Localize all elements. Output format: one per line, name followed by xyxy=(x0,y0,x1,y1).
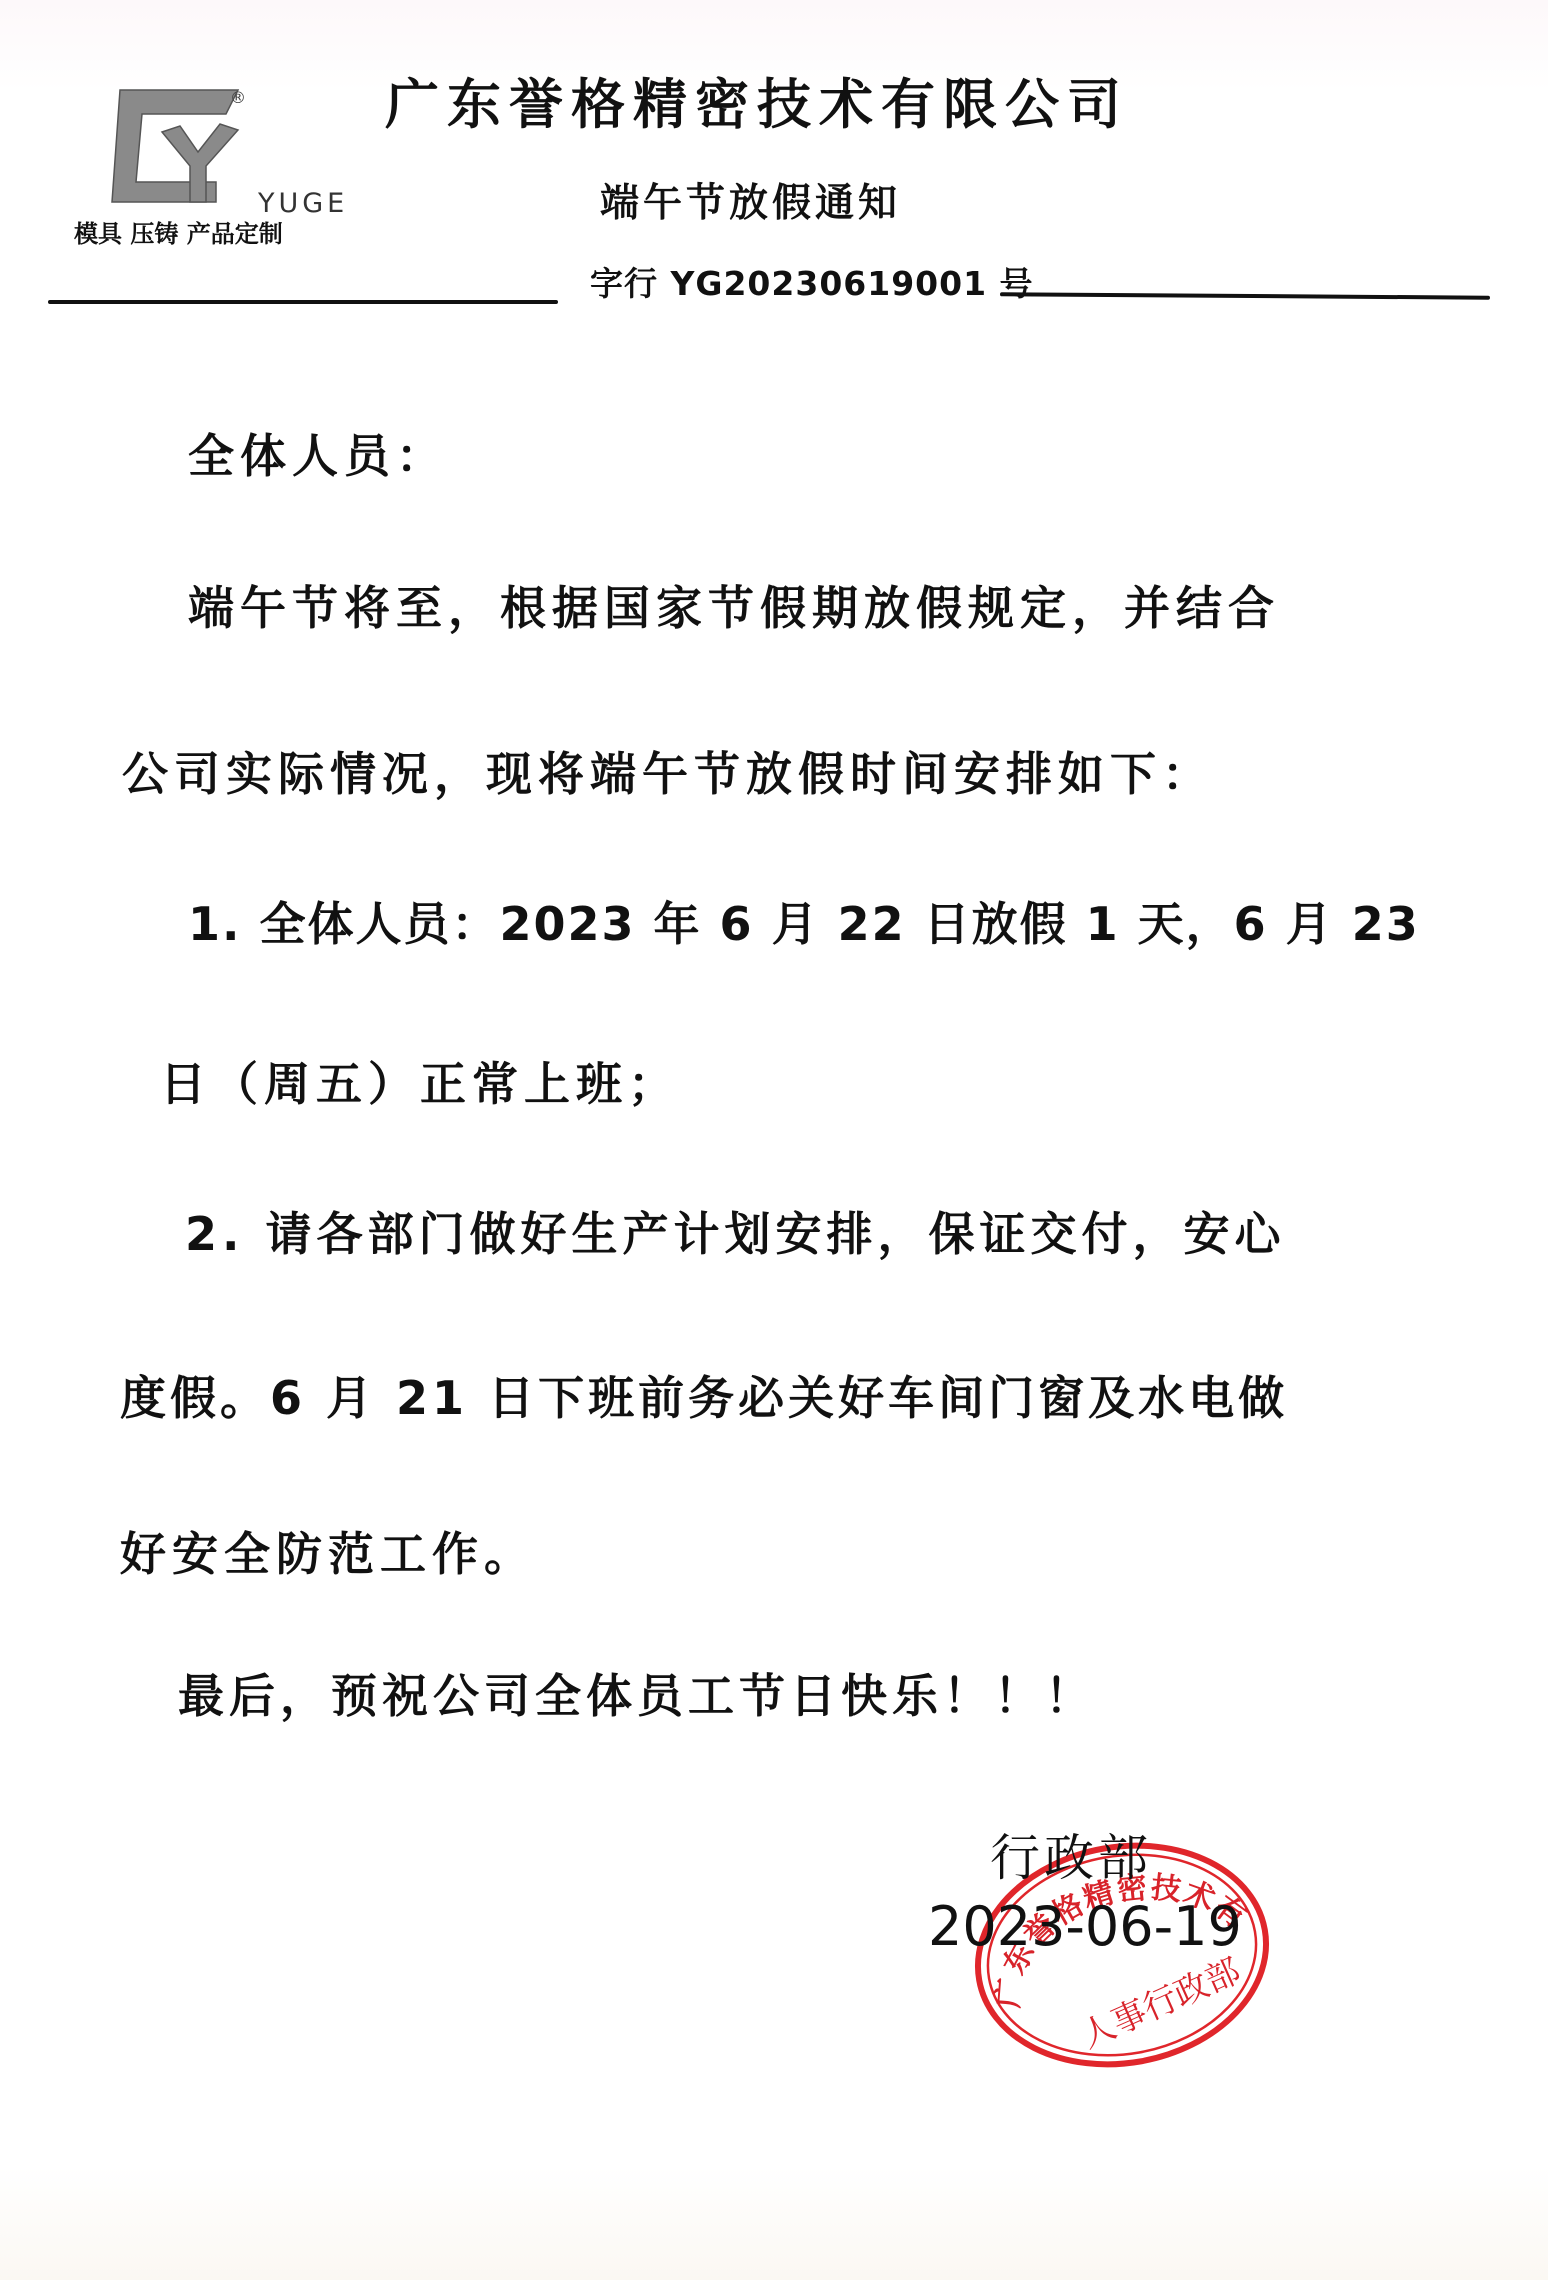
list-item-1-line: 日（周五）正常上班； xyxy=(160,1048,680,1114)
document-title: 端午节放假通知 xyxy=(600,172,901,228)
list-item-2-line: 2. 请各部门做好生产计划安排，保证交付，安心 xyxy=(185,1198,1286,1264)
issuer-department: 行政部 xyxy=(990,1818,1152,1890)
paragraph-line: 公司实际情况，现将端午节放假时间安排如下： xyxy=(122,738,1214,804)
document-number: 字行 YG20230619001 号 xyxy=(590,258,1034,305)
closing-line: 最后，预祝公司全体员工节日快乐！！！ xyxy=(178,1660,1096,1726)
paragraph-line: 端午节将至，根据国家节假期放假规定，并结合 xyxy=(188,572,1280,638)
issue-date: 2023-06-19 xyxy=(928,1895,1242,1958)
document-page: ® YUGE 模具 压铸 产品定制 广东誉格精密技术有限公司 端午节放假通知 字… xyxy=(0,0,1548,2280)
list-item-2-line: 好安全防范工作。 xyxy=(120,1518,536,1584)
company-logo: ® YUGE 模具 压铸 产品定制 xyxy=(70,78,320,238)
header-rule-left xyxy=(48,300,558,304)
greeting: 全体人员： xyxy=(188,420,448,486)
list-item-1-line: 1. 全体人员：2023 年 6 月 22 日放假 1 天，6 月 23 xyxy=(188,888,1420,954)
logo-tagline: 模具 压铸 产品定制 xyxy=(74,214,283,249)
list-item-2-line: 度假。6 月 21 日下班前务必关好车间门窗及水电做 xyxy=(120,1362,1288,1428)
header-rule-right xyxy=(1000,292,1490,299)
company-name: 广东誉格精密技术有限公司 xyxy=(385,62,1129,139)
gy-logo-icon xyxy=(98,86,248,206)
svg-text:人事行政部: 人事行政部 xyxy=(1075,1951,1247,2057)
registered-mark: ® xyxy=(230,88,246,107)
